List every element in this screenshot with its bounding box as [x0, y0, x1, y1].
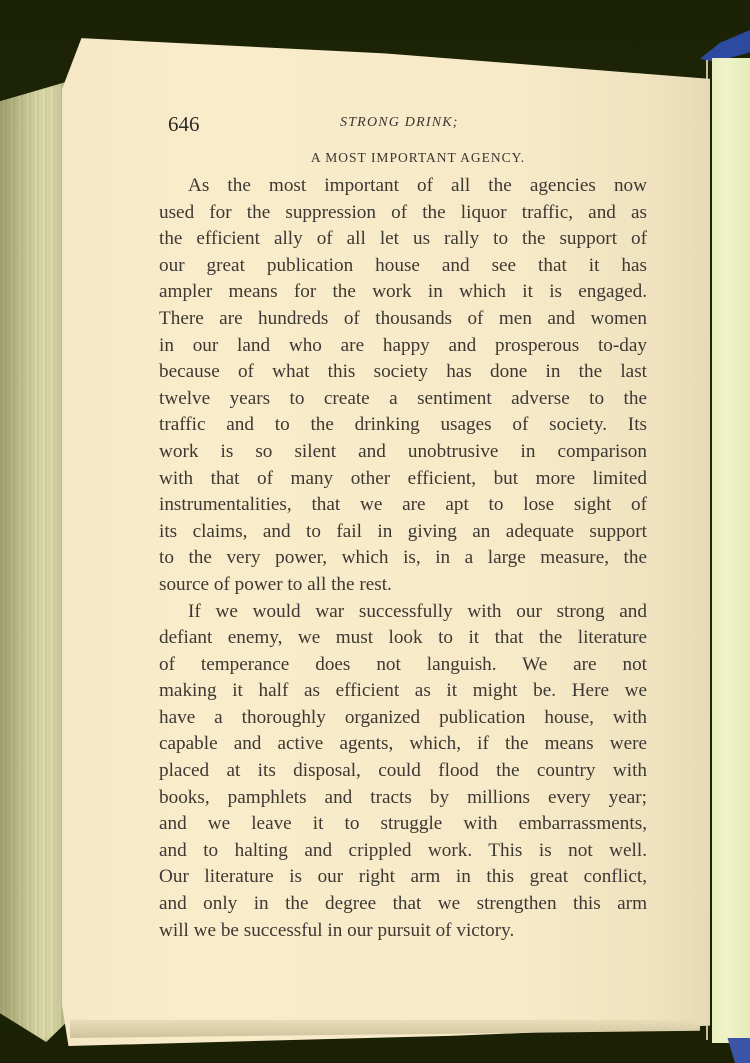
text-line: have a thoroughly organized publication … [159, 705, 647, 732]
text-line: and to halting and crippled work. This i… [159, 838, 647, 865]
text-line: work is so silent and unobtrusive in com… [159, 439, 647, 466]
text-line: its claims, and to fail in giving an ade… [159, 519, 647, 546]
text-line: will we be successful in our pursuit of … [159, 918, 647, 945]
text-line: of temperance does not languish. We are … [159, 652, 647, 679]
text-line: defiant enemy, we must look to it that t… [159, 625, 647, 652]
page-stack-shadow [0, 82, 66, 1042]
paragraph-2: If we would war successfully with our st… [159, 599, 647, 945]
text-line: traffic and to the drinking usages of so… [159, 412, 647, 439]
section-heading: A MOST IMPORTANT AGENCY. [159, 150, 647, 166]
text-line: As the most important of all the agencie… [159, 173, 647, 200]
paragraph-1: As the most important of all the agencie… [159, 173, 647, 599]
text-line: because of what this society has done in… [159, 359, 647, 386]
text-line: used for the suppression of the liquor t… [159, 200, 647, 227]
text-line: in our land who are happy and prosperous… [159, 333, 647, 360]
text-block: 646 STRONG DRINK; A MOST IMPORTANT AGENC… [159, 108, 647, 944]
text-line: with that of many other efficient, but m… [159, 466, 647, 493]
text-line: twelve years to create a sentiment adver… [159, 386, 647, 413]
page-number: 646 [168, 112, 200, 137]
text-line: making it half as efficient as it might … [159, 678, 647, 705]
text-line: and only in the degree that we strengthe… [159, 891, 647, 918]
text-line: placed at its disposal, could flood the … [159, 758, 647, 785]
text-line: the efficient ally of all let us rally t… [159, 226, 647, 253]
text-line: instrumentalities, that we are apt to lo… [159, 492, 647, 519]
text-line: source of power to all the rest. [159, 572, 647, 599]
text-line: ampler means for the work in which it is… [159, 279, 647, 306]
text-line: books, pamphlets and tracts by millions … [159, 785, 647, 812]
running-title: STRONG DRINK; [340, 115, 459, 131]
text-line: our great publication house and see that… [159, 253, 647, 280]
text-line: If we would war successfully with our st… [159, 599, 647, 626]
text-line: and we leave it to struggle with embarra… [159, 811, 647, 838]
text-line: capable and active agents, which, if the… [159, 731, 647, 758]
text-line: There are hundreds of thousands of men a… [159, 306, 647, 333]
facing-page-edge [712, 58, 750, 1043]
text-line: Our literature is our right arm in this … [159, 864, 647, 891]
running-head: 646 STRONG DRINK; [159, 108, 647, 138]
text-line: to the very power, which is, in a large … [159, 545, 647, 572]
